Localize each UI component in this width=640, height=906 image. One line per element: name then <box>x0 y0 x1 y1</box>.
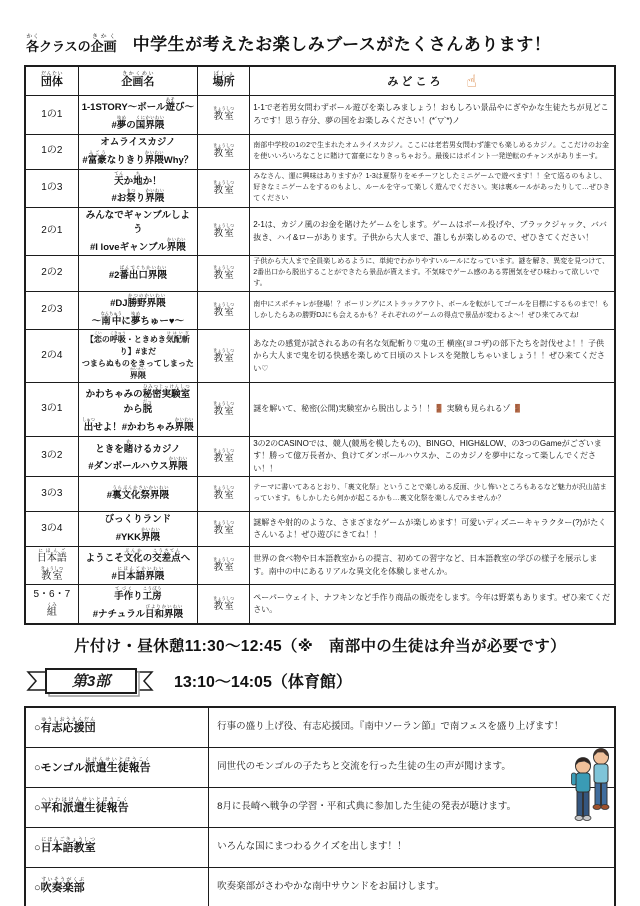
plan-name-cell: ようこそ文化ぶんかの交差点こうさてんへ#日本語界隈にほんごかいわい <box>78 546 197 585</box>
pointing-hand-icon: ☝ <box>467 73 477 90</box>
program-desc-cell: 8月に長崎へ戦争の学習・平和式典に参加した生徒の発表が聴けます。 <box>209 787 615 827</box>
place-cell: 教室きょうしつ <box>198 383 250 437</box>
plan-name-cell: 1-1STORY～ボール遊あそび～#夢ゆめの国界隈くにかいわい <box>78 96 197 135</box>
group-cell: 日本語にほんご教室きょうしつ <box>25 546 78 585</box>
plan-name-cell: かわちゃみの秘密実験室ひみつじっけんしつから脱だっ出しゅつせよ！#かわちゃみ界隈… <box>78 383 197 437</box>
place-cell: 教室きょうしつ <box>198 330 250 383</box>
program-desc-cell: 行事の盛り上げ役、有志応援団。『南中ソーラン節』で南フェスを盛り上げます！ <box>209 707 615 748</box>
highlight-cell: 南中にスポチャレが登場！？ボーリングにストラックアウト、ボールを転がしてゴールを… <box>250 291 615 330</box>
group-cell: 5・6・7組くみ <box>25 585 78 624</box>
plan-name-cell: 【恋こいの呼吸こきゅう・ときめき気配斬けはいぎり】#まだつまらぬものをきってしま… <box>78 330 197 383</box>
booth-row: 5・6・7組くみ手作てづくり工房こうぼう#ナチュラル日和界隈びよりかいわい教室き… <box>25 585 615 624</box>
plan-name-cell: みんなでギャンブルしよう#I loveギャンブル界隈かいわい <box>78 208 197 256</box>
group-cell: 3の1 <box>25 383 78 437</box>
plan-name-cell: ときを賭かけるカジノ#ダンボールハウス界隈かいわい <box>78 436 197 476</box>
program-label-cell: ○吹奏楽部すいそうがくぶ <box>25 867 209 906</box>
booth-row: 2の2#2番出口界隈ばんでぐちかいわい教室きょうしつ子供から大人まで全員楽しめる… <box>25 256 615 292</box>
highlight-cell: ペーパーウェイト、ナフキンなど手作り商品の販売をします。今年は野菜もあります。ぜ… <box>250 585 615 624</box>
booth-row: 3の3#裏文化祭界隈うらぶんかさいかいわい教室きょうしつテーマに書いてあるとおり… <box>25 476 615 511</box>
booth-row: 3の1かわちゃみの秘密実験室ひみつじっけんしつから脱だっ出しゅつせよ！#かわちゃ… <box>25 383 615 437</box>
program-label-cell: ○日本語教室にほんごきょうしつ <box>25 827 209 867</box>
booth-row: 1の11-1STORY～ボール遊あそび～#夢ゆめの国界隈くにかいわい教室きょうし… <box>25 96 615 135</box>
page-header: 各かくクラスの企画きかく 中学生が考えたお楽しみブースがたくさんあります！ <box>26 30 616 55</box>
students-illustration <box>570 744 616 830</box>
highlight-cell: 謎解きや射的のような、さまざまなゲームが楽しめます！可愛いディズニーキャラクター… <box>250 511 615 546</box>
highlight-cell: テーマに書いてあるとおり、「裏文化祭」ということで楽しめる反面、少し怖いところも… <box>250 476 615 511</box>
booth-row: 3の4びっくりランド#YKK界隈かいわい教室きょうしつ謎解きや射的のような、さま… <box>25 511 615 546</box>
place-cell: 教室きょうしつ <box>198 96 250 135</box>
plan-name-cell: #裏文化祭界隈うらぶんかさいかいわい <box>78 476 197 511</box>
group-cell: 3の3 <box>25 476 78 511</box>
place-cell: 教室きょうしつ <box>198 511 250 546</box>
program-desc-cell: いろんな国にまつわるクイズを出します！！ <box>209 827 615 867</box>
part3-label: 第3部 <box>72 673 113 690</box>
part3-time: 13:10～14:05（体育館） <box>174 669 352 692</box>
highlight-cell: みなさん、運に興味はありますか？1-3は夏祭りをモチーフとしたミニゲームで遊べま… <box>250 169 615 208</box>
page-title: 中学生が考えたお楽しみブースがたくさんあります！ <box>133 30 552 55</box>
group-cell: 1の2 <box>25 134 78 169</box>
part3-program-table: ○有志応援団ゆうしおうえんだん行事の盛り上げ役、有志応援団。『南中ソーラン節』で… <box>24 706 616 906</box>
group-cell: 3の4 <box>25 511 78 546</box>
place-cell: 教室きょうしつ <box>198 476 250 511</box>
section-title: 各かくクラスの企画きかく <box>26 34 117 55</box>
highlight-cell: 世界の食べ物や日本語教室からの提言、初めての習字など、日本語教室の学びの様子を展… <box>250 546 615 585</box>
highlight-cell: 2-1は、カジノ風のお金を賭けたゲームをします。ゲームはボール投げや、ブラックジ… <box>250 208 615 256</box>
highlight-cell: あなたの感覚が試されるあの有名な気配斬り♡鬼の王 横座(ヨコザ)の部下たちを討伐… <box>250 330 615 383</box>
program-row: ○吹奏楽部すいそうがくぶ吹奏楽部がさわやかな南中サウンドをお届けします。 <box>25 867 615 906</box>
program-row: ○日本語教室にほんごきょうしついろんな国にまつわるクイズを出します！！ <box>25 827 615 867</box>
place-cell: 教室きょうしつ <box>198 546 250 585</box>
plan-name-cell: びっくりランド#YKK界隈かいわい <box>78 511 197 546</box>
group-cell: 2の1 <box>25 208 78 256</box>
highlights-label: み ど こ ろ <box>387 73 440 89</box>
place-cell: 教室きょうしつ <box>198 134 250 169</box>
plan-name-cell: オムライスカジノ#富豪ふごうなりきり界隈かいわいWhy？ <box>78 134 197 169</box>
booth-row: 2の4【恋こいの呼吸こきゅう・ときめき気配斬けはいぎり】#まだつまらぬものをきっ… <box>25 330 615 383</box>
group-cell: 2の4 <box>25 330 78 383</box>
part3-header: 第3部 13:10～14:05（体育館） <box>26 664 616 698</box>
group-cell: 2の3 <box>25 291 78 330</box>
program-row: ○平和派遣生徒報告へいわはけんせいとほうこく8月に長崎へ戦争の学習・平和式典に参… <box>25 787 615 827</box>
header-group: 団体だんたい <box>25 66 78 96</box>
header-highlights: み ど こ ろ ☝ <box>250 66 615 96</box>
plan-name-cell: 天てんか地ちか！#お祭まつり界隈かいわい <box>78 169 197 208</box>
highlight-cell: 謎を解いて、秘密(公開)実験室から脱出しよう！！🚪 実験も見られるゾ 🚪 <box>250 383 615 437</box>
program-row: ○モンゴル派遣生徒報告はけんせいとほうこく同世代のモンゴルの子たちと交流を行った… <box>25 747 615 787</box>
highlight-cell: 子供から大人まで全員楽しめるように、単純でわかりやすいルールになっています。謎を… <box>250 256 615 292</box>
place-cell: 教室きょうしつ <box>198 208 250 256</box>
highlight-cell: 3の2のCASINOでは、競人(競馬を模したもの)、BINGO、HIGH&LOW… <box>250 436 615 476</box>
program-label-cell: ○モンゴル派遣生徒報告はけんせいとほうこく <box>25 747 209 787</box>
booth-row: 1の3天てんか地ちか！#お祭まつり界隈かいわい教室きょうしつみなさん、運に興味は… <box>25 169 615 208</box>
place-cell: 教室きょうしつ <box>198 585 250 624</box>
booth-row: 1の2オムライスカジノ#富豪ふごうなりきり界隈かいわいWhy？教室きょうしつ南部… <box>25 134 615 169</box>
place-cell: 教室きょうしつ <box>198 291 250 330</box>
group-cell: 3の2 <box>25 436 78 476</box>
header-place: 場所ばしょ <box>198 66 250 96</box>
program-desc-cell: 吹奏楽部がさわやかな南中サウンドをお届けします。 <box>209 867 615 906</box>
header-plan-name: 企画名きかくめい <box>78 66 197 96</box>
booth-row: 2の3#DJ勝野界隈かつのかいわい～南中なんちゅうに夢ゆめちゅー♥～教室きょうし… <box>25 291 615 330</box>
group-cell: 1の1 <box>25 96 78 135</box>
highlight-cell: 1-1で老若男女問わずボール遊びを楽しみましょう！おもしろい景品やにぎやかな生徒… <box>250 96 615 135</box>
lunch-break-note: 片付け・昼休憩11:30～12:45（※ 南部中の生徒は弁当が必要です） <box>24 634 616 656</box>
plan-name-cell: #2番出口界隈ばんでぐちかいわい <box>78 256 197 292</box>
class-booths-table: 団体だんたい 企画名きかくめい 場所ばしょ み ど こ ろ ☝ 1の11-1ST… <box>24 65 616 625</box>
booth-row: 日本語にほんご教室きょうしつようこそ文化ぶんかの交差点こうさてんへ#日本語界隈に… <box>25 546 615 585</box>
place-cell: 教室きょうしつ <box>198 256 250 292</box>
part3-ribbon: 第3部 <box>26 664 154 698</box>
program-desc-cell: 同世代のモンゴルの子たちと交流を行った生徒の生の声が聞けます。 <box>209 747 615 787</box>
program-label-cell: ○有志応援団ゆうしおうえんだん <box>25 707 209 748</box>
plan-name-cell: 手作てづくり工房こうぼう#ナチュラル日和界隈びよりかいわい <box>78 585 197 624</box>
booth-row: 2の1みんなでギャンブルしよう#I loveギャンブル界隈かいわい教室きょうしつ… <box>25 208 615 256</box>
place-cell: 教室きょうしつ <box>198 436 250 476</box>
program-row: ○有志応援団ゆうしおうえんだん行事の盛り上げ役、有志応援団。『南中ソーラン節』で… <box>25 707 615 748</box>
program-label-cell: ○平和派遣生徒報告へいわはけんせいとほうこく <box>25 787 209 827</box>
school-festival-flyer: 各かくクラスの企画きかく 中学生が考えたお楽しみブースがたくさんあります！ 団体… <box>0 0 640 906</box>
highlight-cell: 南部中学校の1の2で生まれたオムライスカジノ。ここには老若男女問わず誰でも楽しめ… <box>250 134 615 169</box>
table-header-row: 団体だんたい 企画名きかくめい 場所ばしょ み ど こ ろ ☝ <box>25 66 615 96</box>
place-cell: 教室きょうしつ <box>198 169 250 208</box>
group-cell: 2の2 <box>25 256 78 292</box>
booth-row: 3の2ときを賭かけるカジノ#ダンボールハウス界隈かいわい教室きょうしつ3の2のC… <box>25 436 615 476</box>
group-cell: 1の3 <box>25 169 78 208</box>
plan-name-cell: #DJ勝野界隈かつのかいわい～南中なんちゅうに夢ゆめちゅー♥～ <box>78 291 197 330</box>
